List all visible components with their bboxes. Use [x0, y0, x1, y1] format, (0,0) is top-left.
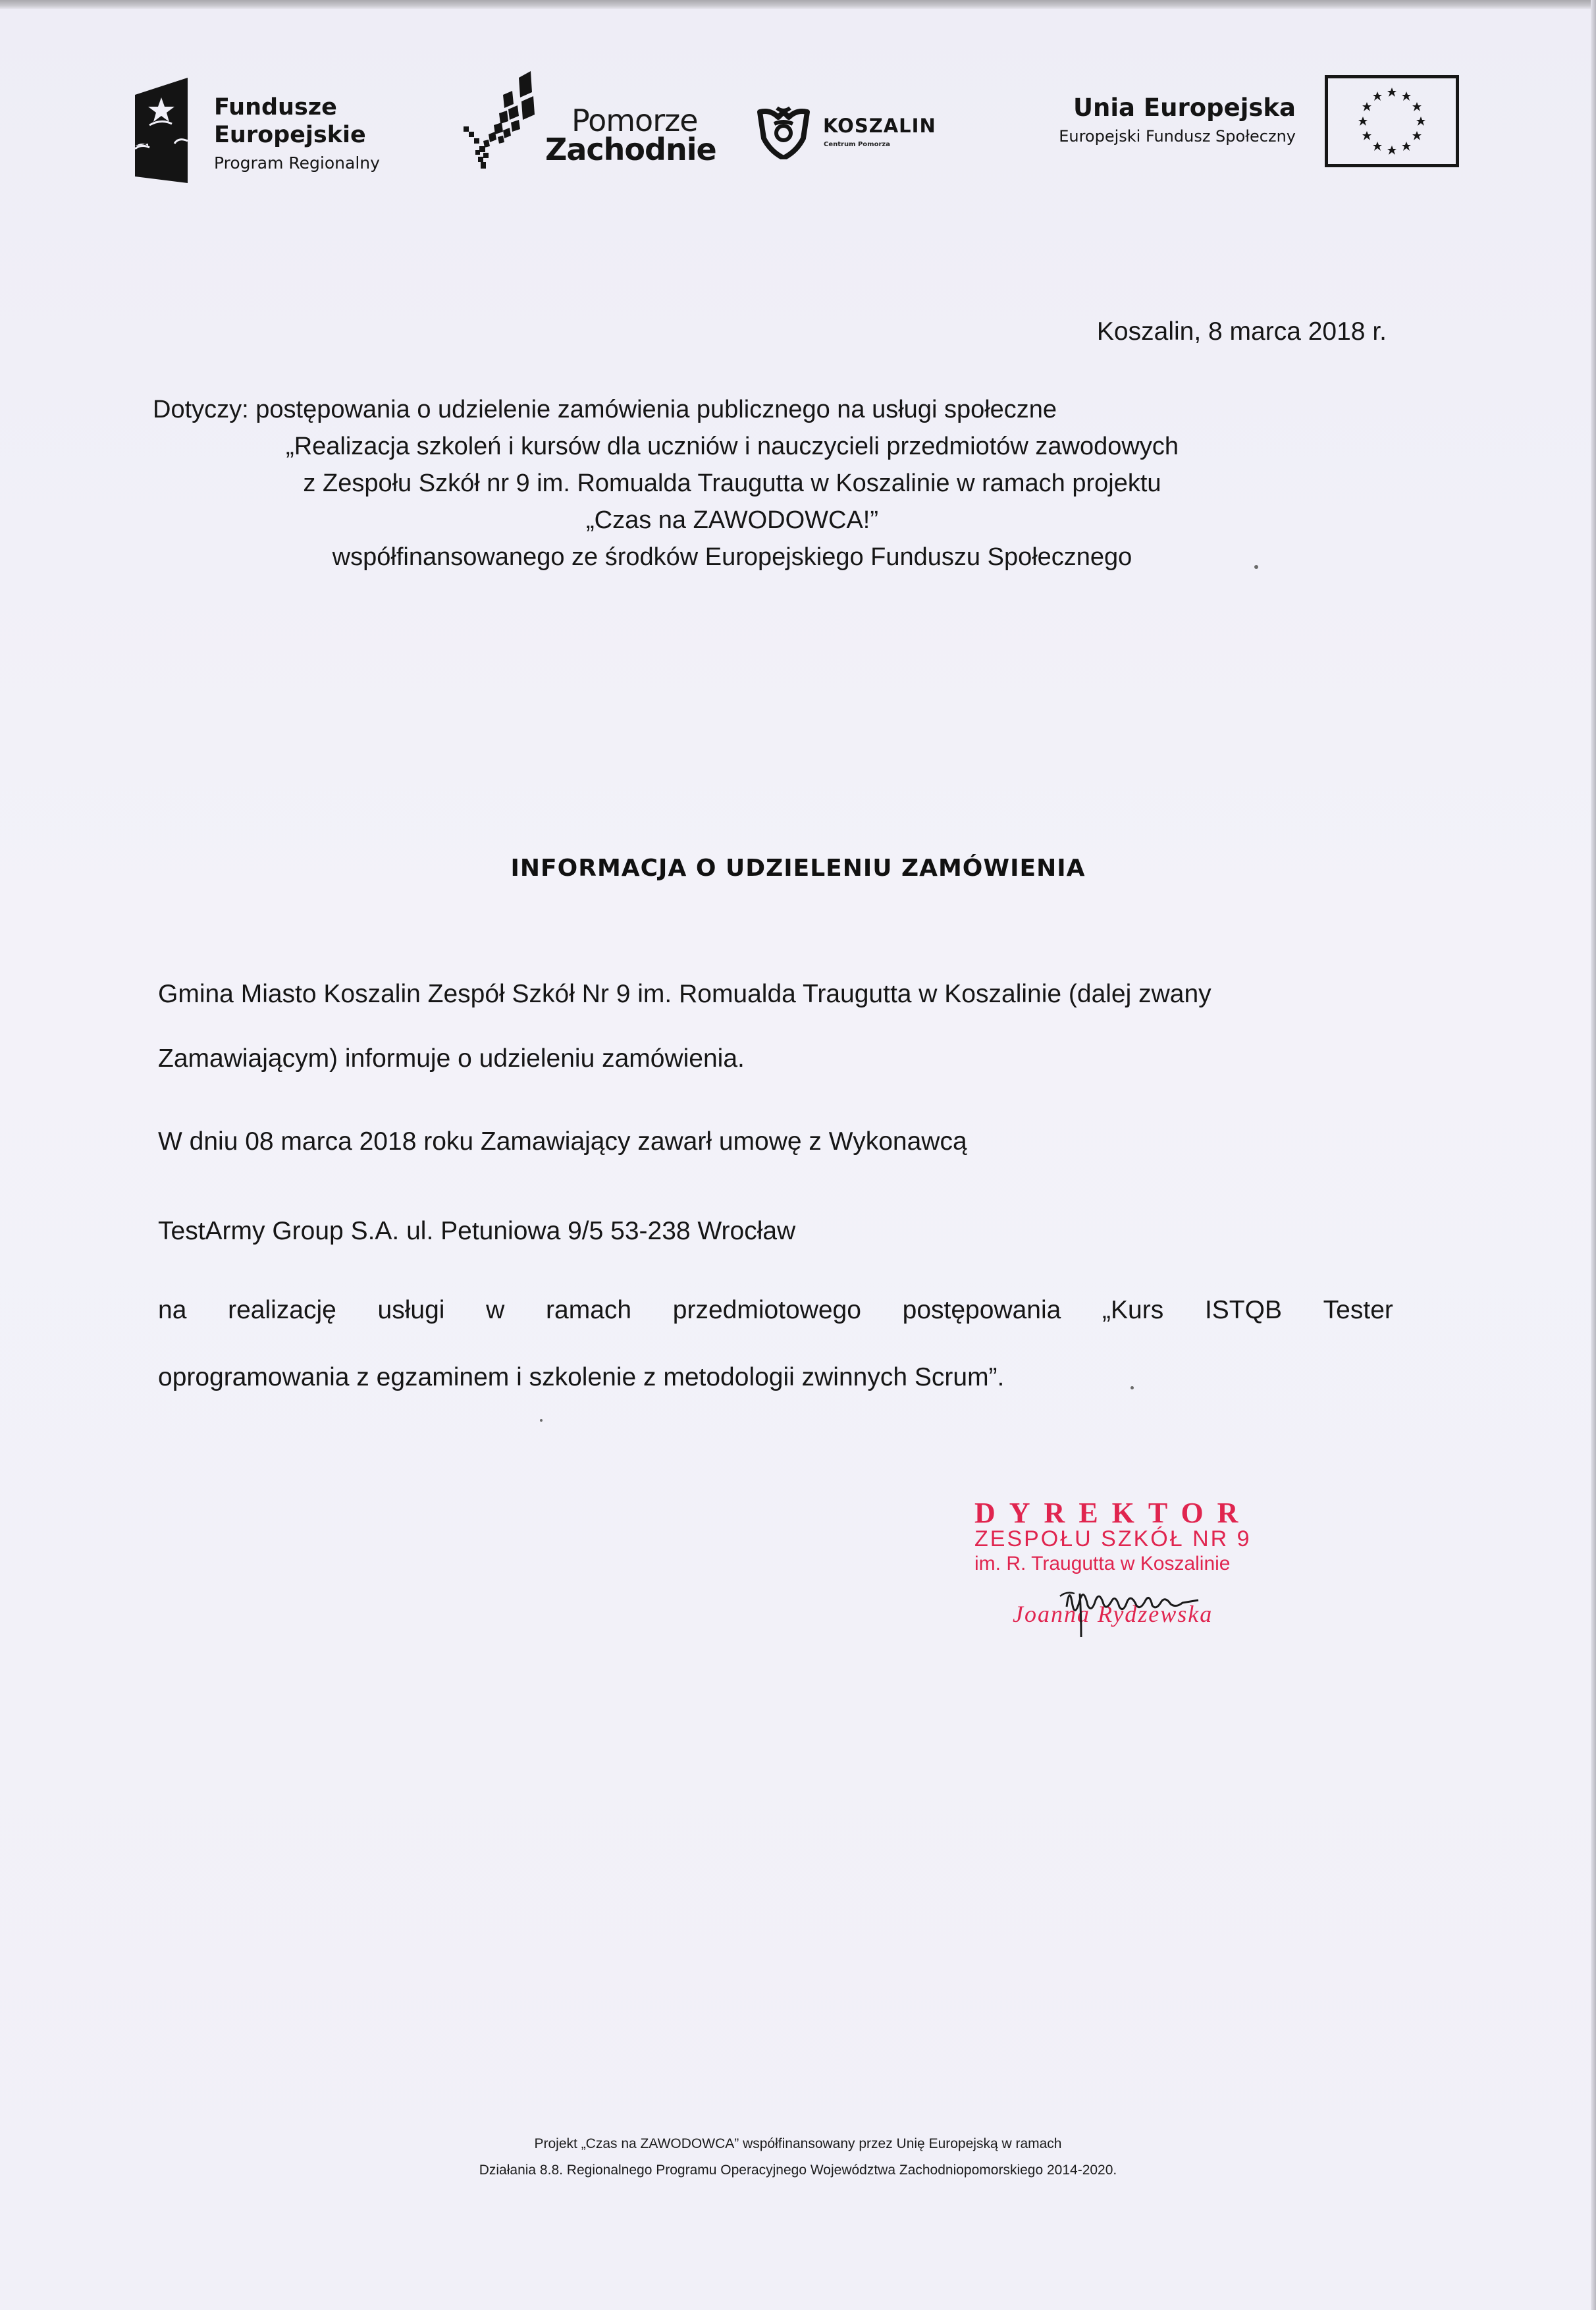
- body-paragraph: W dniu 08 marca 2018 roku Zamawiający za…: [158, 1127, 967, 1156]
- scan-right-edge: [1591, 0, 1596, 2310]
- subject-line: Dotyczy: postępowania o udzielenie zamów…: [153, 391, 1312, 428]
- word: postępowania: [903, 1296, 1061, 1325]
- contractor-address: TestArmy Group S.A. ul. Petuniowa 9/5 53…: [158, 1217, 795, 1246]
- scan-speck: [1130, 1386, 1134, 1389]
- pomorze-zachodnie-icon: [461, 66, 546, 171]
- stamp-school: ZESPOŁU SZKÓŁ NR 9: [974, 1526, 1252, 1552]
- fundusze-europejskie-logo: Fundusze Europejskie Program Regionalny: [135, 78, 398, 183]
- eu-flag-icon: [1325, 75, 1459, 167]
- word: przedmiotowego: [673, 1296, 861, 1325]
- fe-logo-line3: Program Regionalny: [214, 150, 380, 176]
- word: Tester: [1323, 1296, 1393, 1325]
- fe-logo-line2: Europejskie: [214, 121, 380, 149]
- koszalin-shield-icon: [757, 105, 810, 159]
- word: realizację: [228, 1296, 336, 1325]
- document-page: Fundusze Europejskie Program Regionalny: [0, 0, 1596, 2310]
- document-heading: INFORMACJA O UDZIELENIU ZAMÓWIENIA: [0, 855, 1596, 882]
- fundusze-europejskie-icon: [135, 78, 188, 183]
- stamp-title: DYREKTOR: [974, 1496, 1330, 1530]
- footer-line: Projekt „Czas na ZAWODOWCA” współfinanso…: [0, 2131, 1596, 2157]
- subject-block: Dotyczy: postępowania o udzielenie zamów…: [153, 391, 1312, 576]
- word: „Kurs: [1102, 1296, 1163, 1325]
- place-and-date: Koszalin, 8 marca 2018 r.: [1097, 317, 1387, 346]
- word: ramach: [546, 1296, 631, 1325]
- ue-label-line2: Europejski Fundusz Społeczny: [988, 124, 1296, 149]
- word: na: [158, 1296, 186, 1325]
- document-footer: Projekt „Czas na ZAWODOWCA” współfinanso…: [0, 2131, 1596, 2184]
- subject-line: „Realizacja szkoleń i kursów dla uczniów…: [153, 428, 1312, 465]
- ue-label-line1: Unia Europejska: [988, 92, 1296, 124]
- eu-stars-icon: [1328, 78, 1456, 164]
- justified-line: na realizację usługi w ramach przedmioto…: [158, 1296, 1393, 1325]
- subject-line: „Czas na ZAWODOWCA!”: [153, 502, 1312, 539]
- scan-speck: [540, 1419, 543, 1422]
- koszalin-logo-subtitle: Centrum Pomorza: [824, 141, 890, 148]
- body-paragraph: Zamawiającym) informuje o udzieleniu zam…: [158, 1044, 745, 1073]
- subject-line: z Zespołu Szkół nr 9 im. Romualda Traugu…: [153, 465, 1312, 502]
- body-paragraph: oprogramowania z egzaminem i szkolenie z…: [158, 1363, 1004, 1392]
- handwritten-signature: [1040, 1567, 1238, 1640]
- word: w: [486, 1296, 504, 1325]
- subject-line: współfinansowanego ze środków Europejski…: [153, 539, 1312, 576]
- word: usługi: [378, 1296, 445, 1325]
- body-paragraph: Gmina Miasto Koszalin Zespół Szkół Nr 9 …: [158, 980, 1211, 1009]
- word: ISTQB: [1205, 1296, 1282, 1325]
- scan-top-edge: [0, 0, 1596, 9]
- pz-logo-line2: Zachodnie: [545, 132, 716, 167]
- scan-speck: [1254, 565, 1258, 569]
- footer-line: Działania 8.8. Regionalnego Programu Ope…: [0, 2157, 1596, 2184]
- koszalin-logo-name: KOSZALIN: [823, 115, 936, 137]
- fe-logo-line1: Fundusze: [214, 94, 380, 121]
- pomorze-zachodnie-logo: Pomorze Zachodnie: [461, 66, 698, 178]
- koszalin-logo: KOSZALIN Centrum Pomorza: [757, 105, 968, 165]
- unia-europejska-label: Unia Europejska Europejski Fundusz Społe…: [988, 92, 1296, 149]
